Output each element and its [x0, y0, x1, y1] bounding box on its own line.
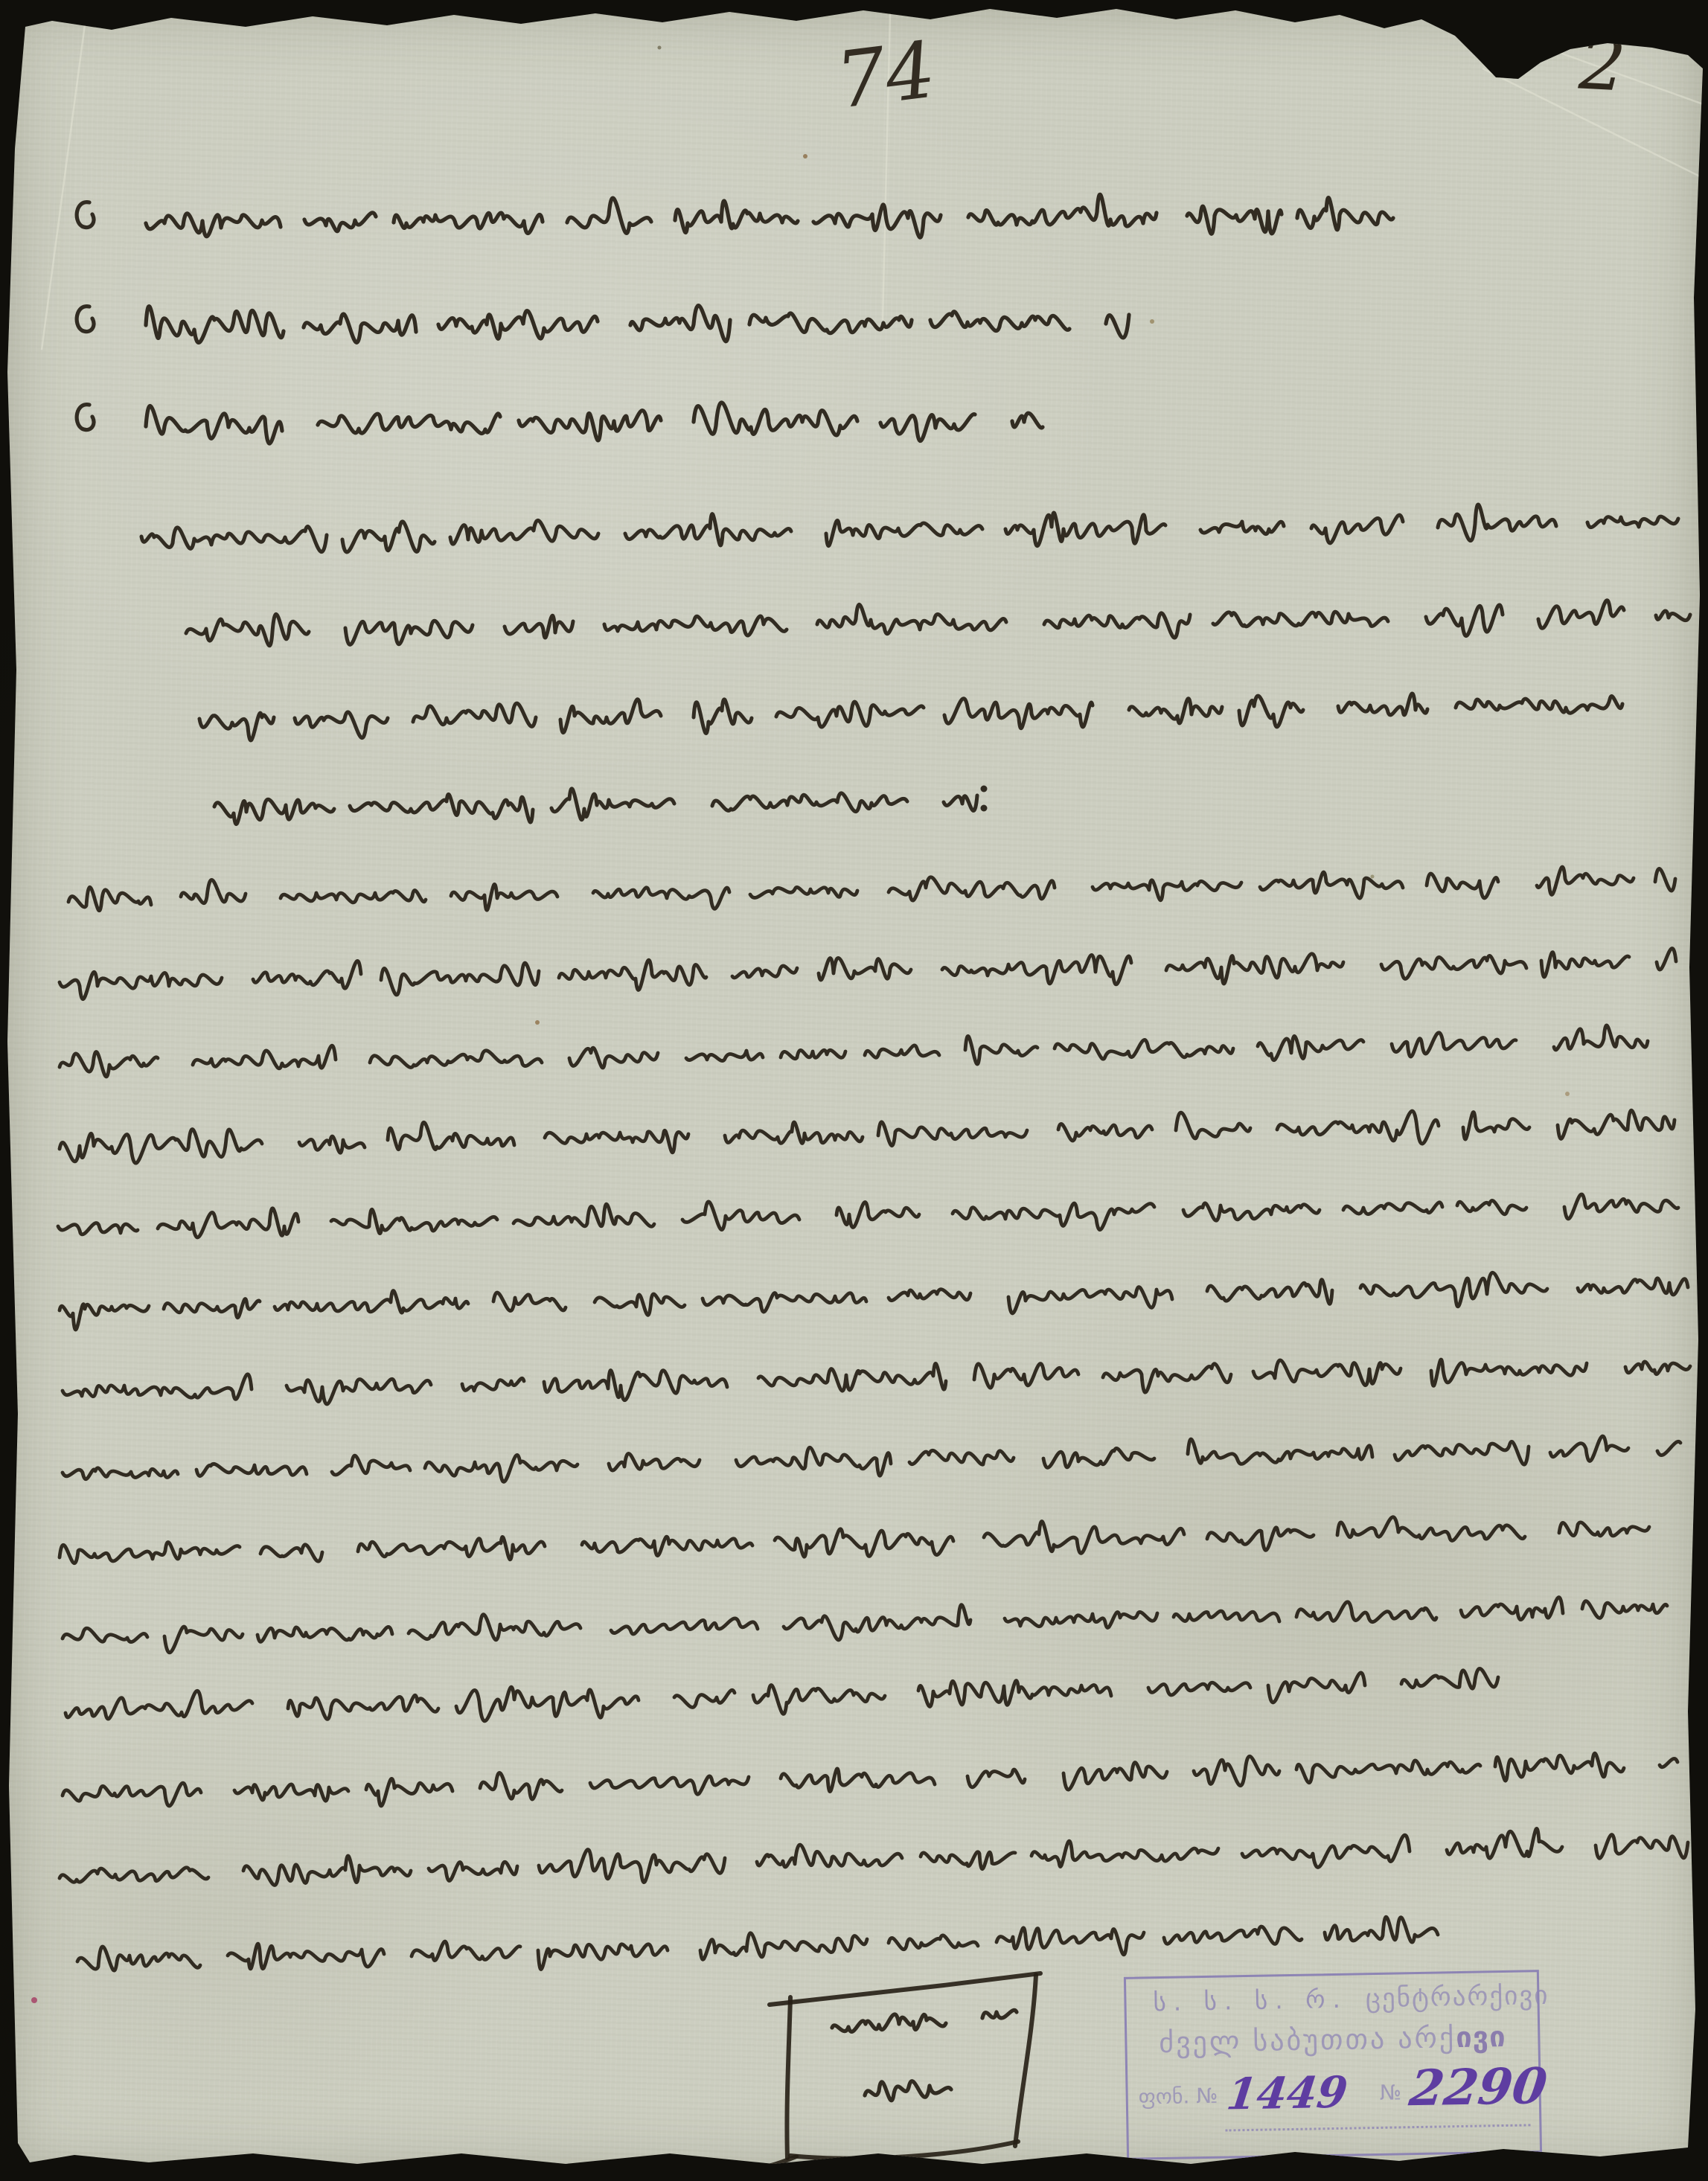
handwritten-line-list-line-3: [77, 403, 1043, 443]
paper-crease: [42, 13, 86, 350]
stamp-subtitle: ძველ საბუთთა არქივი: [1134, 2020, 1531, 2059]
handwritten-line-box-line-2: [865, 2081, 951, 2101]
handwritten-line-body-b-13: [60, 1828, 1688, 1885]
handwritten-line-body-a-3: [199, 694, 1622, 740]
handwritten-line-body-b-7: [63, 1359, 1690, 1404]
stamp-abbreviation: ს. ს. ს. რ.: [1153, 1985, 1348, 2017]
paper-speck: [31, 1997, 37, 2003]
paper-speck: [535, 1020, 540, 1025]
signature-box-border: [787, 1997, 790, 2158]
colon-dot: [981, 805, 988, 812]
handwritten-line-body-a-1: [141, 505, 1678, 552]
stamp-fill-line: [1225, 2124, 1530, 2131]
stamp-subtitle-overprint: ივი: [1456, 2020, 1506, 2054]
manuscript-page: 74 2 ს. ს. ს. რ.ცენტრარქივი ძველ საბუთთა…: [0, 0, 1708, 2181]
colon-dot: [981, 786, 988, 792]
handwritten-line-body-b-3: [60, 1025, 1648, 1077]
handwritten-line-body-b-2: [60, 949, 1676, 999]
handwritten-line-body-b-9: [60, 1517, 1649, 1563]
doc-label: №: [1379, 2080, 1401, 2113]
fond-label: ფონ. №: [1138, 2083, 1218, 2116]
handwritten-line-body-b-6: [60, 1272, 1688, 1330]
handwritten-line-body-b-14: [77, 1917, 1438, 1970]
stamp-header-line: ს. ს. ს. რ.ცენტრარქივი: [1153, 1981, 1526, 2017]
scan-background: 74 2 ს. ს. ს. რ.ცენტრარქივი ძველ საბუთთა…: [0, 0, 1708, 2181]
handwriting-layer: [0, 0, 1708, 2181]
paper-speck: [803, 154, 807, 158]
stamp-subtitle-text: ძველ საბუთთა არქ: [1159, 2021, 1456, 2059]
paper-speck: [1565, 1092, 1570, 1096]
paper-speck: [1371, 875, 1375, 879]
folio-number: 74: [831, 24, 940, 126]
handwritten-line-body-a-4: [214, 789, 977, 824]
handwritten-line-body-b-4: [60, 1110, 1675, 1163]
page-number: 2: [1577, 21, 1628, 108]
handwritten-line-body-b-1: [68, 867, 1675, 911]
paper-speck: [658, 46, 662, 50]
handwritten-line-box-line-1: [832, 2010, 1017, 2031]
signature-box-border: [770, 1973, 1040, 2005]
handwritten-line-body-b-10: [63, 1598, 1667, 1653]
doc-number: 2290: [1407, 2063, 1549, 2112]
handwritten-line-list-line-1: [77, 194, 1393, 237]
stamp-numbers-row: ფონ. № 1449 № 2290: [1138, 2063, 1532, 2116]
handwritten-line-body-b-12: [63, 1753, 1677, 1806]
signature-box-border: [790, 2142, 1018, 2159]
handwritten-line-body-a-2: [186, 601, 1690, 646]
handwritten-line-body-b-5: [58, 1194, 1678, 1237]
signature-box-border: [1015, 1975, 1036, 2146]
paper-speck: [1150, 319, 1154, 324]
archive-stamp: ს. ს. ს. რ.ცენტრარქივი ძველ საბუთთა არქი…: [1124, 1970, 1542, 2160]
fond-number: 1449: [1224, 2072, 1349, 2115]
handwritten-line-list-line-2: [77, 306, 1129, 343]
handwritten-line-body-b-11: [65, 1668, 1498, 1720]
stamp-title: ცენტრარქივი: [1366, 1981, 1549, 2014]
handwritten-line-body-b-8: [63, 1436, 1680, 1482]
